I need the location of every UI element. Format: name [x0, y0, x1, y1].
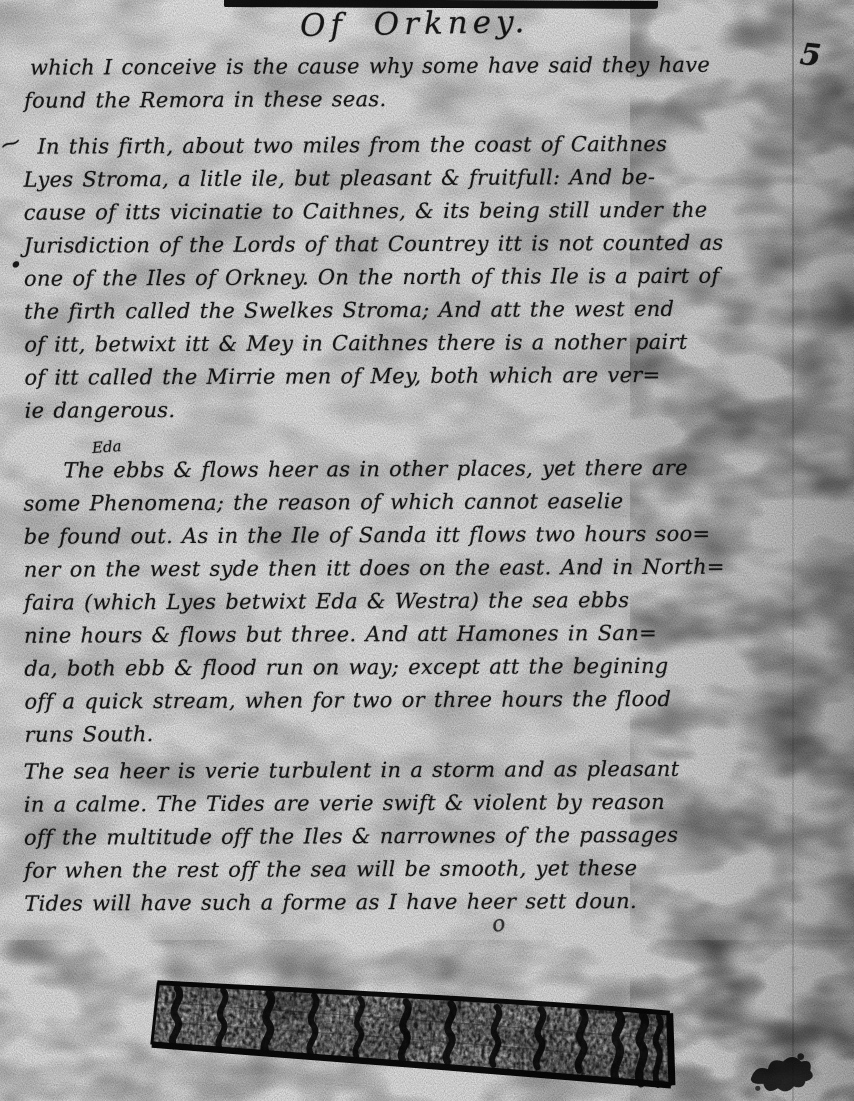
ink-blot — [740, 1042, 819, 1097]
manuscript-text: which I conceive is the cause why some h… — [24, 50, 804, 919]
manuscript-line: nine hours & flows but three. And att Ha… — [24, 616, 804, 652]
manuscript-page: Of Orkney. 5 which I conceive is the cau… — [0, 0, 854, 1101]
manuscript-line: Jurisdiction of the Lords of that Countr… — [24, 226, 804, 262]
manuscript-line: The sea heer is verie turbulent in a sto… — [24, 752, 804, 788]
manuscript-line: Tides will have such a forme as I have h… — [24, 884, 804, 920]
manuscript-line: da, both ebb & flood run on way; except … — [24, 649, 804, 685]
manuscript-line: off the multitude off the Iles & narrown… — [24, 818, 804, 854]
manuscript-line: of itt called the Mirrie men of Mey, bot… — [24, 358, 804, 394]
manuscript-line: cause of itts vicinatie to Caithnes, & i… — [24, 193, 804, 229]
paragraph: which I conceive is the cause why some h… — [24, 48, 804, 117]
manuscript-line: of itt, betwixt itt & Mey in Caithnes th… — [24, 325, 804, 361]
interlinear-insertion: Eda — [91, 437, 122, 457]
tide-form-sketch — [149, 972, 682, 1101]
manuscript-line: Lyes Stroma, a litle ile, but pleasant &… — [23, 160, 803, 196]
manuscript-line: ie dangerous. — [25, 391, 805, 427]
manuscript-line: faira (which Lyes betwixt Eda & Westra) … — [24, 583, 804, 619]
paragraph: In this firth, about two miles from the … — [23, 127, 804, 427]
paragraph-margin-mark: ~ — [0, 128, 25, 158]
paragraph: The ebbs & flows heer as in other places… — [23, 451, 804, 751]
manuscript-line: ner on the west syde then itt does on th… — [24, 550, 804, 586]
ink-smudge — [796, 552, 854, 632]
manuscript-line: The ebbs & flows heer as in other places… — [23, 451, 803, 487]
margin-dot-mark: . — [10, 236, 22, 276]
manuscript-line: some Phenomena; the reason of which cann… — [23, 484, 803, 520]
ink-smudge — [810, 258, 854, 354]
manuscript-line: in a calme. The Tides are verie swift & … — [24, 785, 804, 821]
manuscript-line: off a quick stream, when for two or thre… — [24, 682, 804, 718]
manuscript-line: found the Remora in these seas. — [24, 81, 804, 117]
paragraph: The sea heer is verie turbulent in a sto… — [24, 752, 805, 920]
manuscript-line: for when the rest off the sea will be sm… — [24, 851, 804, 887]
manuscript-line: In this firth, about two miles from the … — [23, 127, 803, 163]
manuscript-line: the firth called the Swelkes Stroma; And… — [24, 292, 804, 328]
page-title: Of Orkney. — [300, 4, 530, 44]
manuscript-line: runs South. — [25, 715, 805, 751]
manuscript-line: one of the Iles of Orkney. On the north … — [24, 259, 804, 295]
manuscript-line: which I conceive is the cause why some h… — [24, 48, 804, 84]
manuscript-line: be found out. As in the Ile of Sanda itt… — [24, 517, 804, 553]
